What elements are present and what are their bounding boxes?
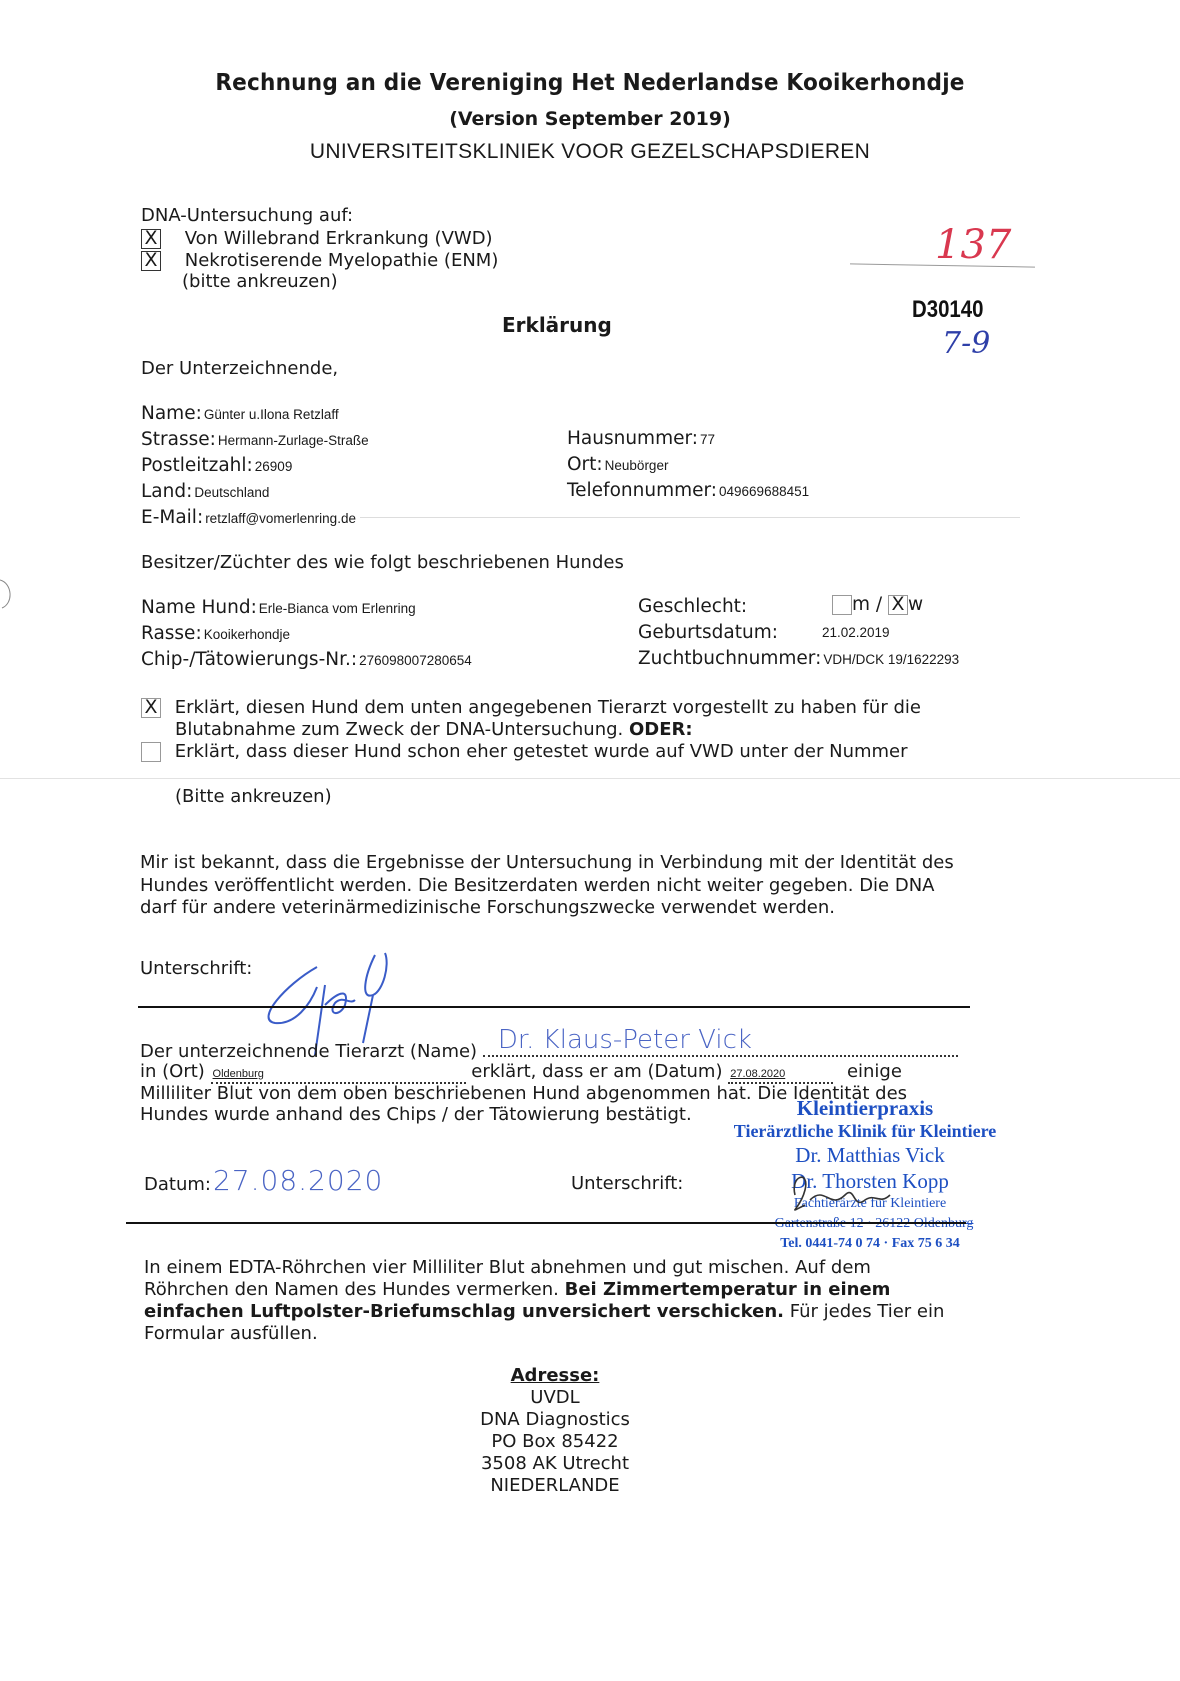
- test-hint: (bitte ankreuzen): [182, 271, 338, 292]
- owner-zip-value: 26909: [255, 459, 293, 474]
- address-heading: Adresse:: [0, 1365, 1110, 1387]
- test-option-enm[interactable]: X Nekrotiserende Myelopathie (ENM): [141, 250, 498, 271]
- address-line: DNA Diagnostics: [0, 1409, 1110, 1431]
- vet-signature-label: Unterschrift:: [571, 1173, 683, 1194]
- owner-phone-field[interactable]: Telefonnummer:049669688451: [567, 480, 809, 501]
- statement-or: ODER:: [629, 719, 693, 740]
- dog-chip-label: Chip-/Tätowierungs-Nr.:: [141, 649, 357, 670]
- sex-male-label: m: [852, 594, 870, 615]
- vet-place-value: Oldenburg: [213, 1068, 264, 1080]
- vet-place-field[interactable]: Oldenburg: [211, 1061, 466, 1084]
- vet-place-prefix: in (Ort): [140, 1061, 205, 1082]
- institution-name: UNIVERSITEITSKLINIEK VOOR GEZELSCHAPSDIE…: [0, 140, 1180, 164]
- consent-line-2: Hundes veröffentlicht werden. Die Besitz…: [140, 874, 968, 897]
- dog-sex-field[interactable]: m / Xw: [832, 594, 923, 615]
- owner-phone-label: Telefonnummer:: [567, 480, 717, 501]
- dog-chip-field[interactable]: Chip-/Tätowierungs-Nr.:276098007280654: [141, 649, 472, 670]
- instructions-line-3a: einfachen Luftpolster-Briefumschlag unve…: [144, 1301, 784, 1322]
- owner-email-field[interactable]: E-Mail:retzlaff@vomerlenring.de: [141, 507, 356, 528]
- owner-house-value: 77: [700, 432, 715, 447]
- owner-phone-value: 049669688451: [719, 484, 809, 499]
- owner-name-label: Name:: [141, 403, 202, 424]
- dog-breed-field[interactable]: Rasse:Kooikerhondje: [141, 623, 290, 644]
- address-line: NIEDERLANDE: [0, 1475, 1110, 1497]
- owner-street-field[interactable]: Strasse:Hermann-Zurlage-Straße: [141, 429, 369, 450]
- instructions-line-2: Röhrchen den Namen des Hundes vermerken.…: [144, 1278, 966, 1301]
- address-line: 3508 AK Utrecht: [0, 1453, 1110, 1475]
- vet-signature: [775, 1155, 905, 1225]
- checkbox-statement-2[interactable]: [141, 742, 161, 762]
- statement-2-text: Erklärt, dass dieser Hund schon eher get…: [175, 741, 908, 762]
- stamp-line-2: Tierärztliche Klinik für Kleintiere: [730, 1120, 1000, 1142]
- owner-zip-label: Postleitzahl:: [141, 455, 253, 476]
- declaration-intro: Der Unterzeichnende,: [141, 358, 338, 379]
- handwritten-number: 137: [935, 222, 1011, 268]
- scan-artifact-line: [360, 517, 1020, 518]
- owner-street-label: Strasse:: [141, 429, 216, 450]
- vet-signature-line: [126, 1222, 966, 1224]
- address-line: PO Box 85422: [0, 1431, 1110, 1453]
- dog-name-value: Erle-Bianca vom Erlenring: [259, 601, 416, 616]
- test-option-vwd[interactable]: X Von Willebrand Erkrankung (VWD): [141, 228, 493, 249]
- vet-line-4: Hundes wurde anhand des Chips / der Täto…: [140, 1104, 692, 1125]
- dog-breed-label: Rasse:: [141, 623, 202, 644]
- instructions-line-1: In einem EDTA-Röhrchen vier Milliliter B…: [144, 1256, 966, 1279]
- lab-address: Adresse: UVDL DNA Diagnostics PO Box 854…: [0, 1365, 1110, 1497]
- dog-sex-label: Geschlecht:: [638, 596, 747, 617]
- owner-email-value: retzlaff@vomerlenring.de: [205, 511, 356, 526]
- instructions-line-2a: Röhrchen den Namen des Hundes vermerken.: [144, 1279, 559, 1300]
- owner-signature-line: [138, 1006, 970, 1008]
- vet-name-field[interactable]: Dr. Klaus-Peter Vick: [483, 1041, 958, 1057]
- declaration-heading: Erklärung: [502, 313, 612, 337]
- sample-id: D30140: [912, 296, 983, 324]
- instructions-line-3b: Für jedes Tier ein: [790, 1301, 945, 1322]
- vet-date-value: 27.08.2020: [730, 1068, 785, 1080]
- dog-studbook-label: Zuchtbuchnummer:: [638, 648, 821, 669]
- vet-line2-tail: einige: [847, 1061, 902, 1082]
- statement-option-2[interactable]: Erklärt, dass dieser Hund schon eher get…: [141, 741, 908, 762]
- vet-place-row[interactable]: in (Ort) Oldenburg erklärt, dass er am (…: [140, 1061, 970, 1084]
- checkbox-statement-1[interactable]: X: [141, 698, 161, 718]
- statements-hint: (Bitte ankreuzen): [175, 786, 332, 807]
- checkbox-sex-female[interactable]: X: [888, 595, 908, 615]
- test-heading: DNA-Untersuchung auf:: [141, 205, 353, 226]
- punch-hole-mark: [0, 575, 20, 615]
- owner-city-field[interactable]: Ort:Neubörger: [567, 454, 668, 475]
- instructions-line-2b: Bei Zimmertemperatur in einem: [565, 1279, 891, 1300]
- address-line: UVDL: [0, 1387, 1110, 1409]
- vet-date-prefix: erklärt, dass er am (Datum): [471, 1061, 722, 1082]
- dog-chip-value: 276098007280654: [359, 653, 472, 668]
- vet-name-row[interactable]: Der unterzeichnende Tierarzt (Name) Dr. …: [140, 1041, 970, 1062]
- dog-name-label: Name Hund:: [141, 597, 257, 618]
- owner-country-field[interactable]: Land:Deutschland: [141, 481, 269, 502]
- vet-date-field[interactable]: 27.08.2020: [728, 1061, 833, 1084]
- owner-country-value: Deutschland: [194, 485, 269, 500]
- dog-breed-value: Kooikerhondje: [204, 627, 290, 642]
- consent-line-3: darf für andere veterinärmedizinische Fo…: [140, 897, 835, 918]
- scan-artifact-line: [0, 778, 1180, 779]
- owner-street-value: Hermann-Zurlage-Straße: [218, 433, 369, 448]
- checkbox-vwd[interactable]: X: [141, 229, 161, 249]
- owner-city-label: Ort:: [567, 454, 603, 475]
- owner-house-field[interactable]: Hausnummer:77: [567, 428, 715, 449]
- instructions-line-3: einfachen Luftpolster-Briefumschlag unve…: [144, 1300, 966, 1323]
- document-version: (Version September 2019): [0, 108, 1180, 130]
- owner-country-label: Land:: [141, 481, 192, 502]
- statement-1-line1: Erklärt, diesen Hund dem unten angegeben…: [175, 697, 921, 718]
- stamp-line-7: Tel. 0441-74 0 74 · Fax 75 6 34: [740, 1234, 1000, 1254]
- dog-birth-label: Geburtsdatum:: [638, 622, 778, 643]
- dog-section-intro: Besitzer/Züchter des wie folgt beschrieb…: [141, 552, 624, 573]
- statement-option-1[interactable]: X Erklärt, diesen Hund dem unten angegeb…: [141, 697, 921, 718]
- vet-date-label: Datum:: [144, 1174, 211, 1195]
- dog-studbook-field[interactable]: Zuchtbuchnummer:VDH/DCK 19/1622293: [638, 648, 959, 669]
- instructions-line-4: Formular ausfüllen.: [144, 1323, 318, 1344]
- statement-1-line2-wrap: Blutabnahme zum Zweck der DNA-Untersuchu…: [175, 719, 693, 740]
- handwritten-range: 7-9: [942, 326, 990, 361]
- owner-house-label: Hausnummer:: [567, 428, 698, 449]
- vet-name-value: Dr. Klaus-Peter Vick: [498, 1025, 752, 1055]
- vet-name-prefix: Der unterzeichnende Tierarzt (Name): [140, 1041, 477, 1062]
- dog-name-field[interactable]: Name Hund:Erle-Bianca vom Erlenring: [141, 597, 416, 618]
- test-option-label: Nekrotiserende Myelopathie (ENM): [185, 250, 499, 271]
- owner-signature: [255, 945, 435, 1055]
- test-option-label: Von Willebrand Erkrankung (VWD): [185, 228, 493, 249]
- dog-studbook-value: VDH/DCK 19/1622293: [823, 652, 959, 667]
- sex-separator: /: [876, 594, 882, 615]
- owner-city-value: Neubörger: [605, 458, 669, 473]
- owner-zip-field[interactable]: Postleitzahl:26909: [141, 455, 292, 476]
- owner-email-label: E-Mail:: [141, 507, 203, 528]
- consent-line-1: Mir ist bekannt, dass die Ergebnisse der…: [140, 851, 968, 874]
- statement-1-line2: Blutabnahme zum Zweck der DNA-Untersuchu…: [175, 719, 623, 740]
- dog-birth-value: 21.02.2019: [822, 625, 890, 640]
- owner-name-value: Günter u.Ilona Retzlaff: [204, 407, 339, 422]
- document-title: Rechnung an die Vereniging Het Nederland…: [35, 70, 1144, 96]
- checkbox-sex-male[interactable]: [832, 595, 852, 615]
- sex-female-label: w: [908, 594, 923, 615]
- checkbox-enm[interactable]: X: [141, 251, 161, 271]
- vet-date-handwritten: 27.08.2020: [213, 1164, 383, 1197]
- owner-name-field[interactable]: Name:Günter u.Ilona Retzlaff: [141, 403, 339, 424]
- owner-signature-label: Unterschrift:: [140, 958, 252, 979]
- stamp-line-1: Kleintierpraxis: [730, 1096, 1000, 1120]
